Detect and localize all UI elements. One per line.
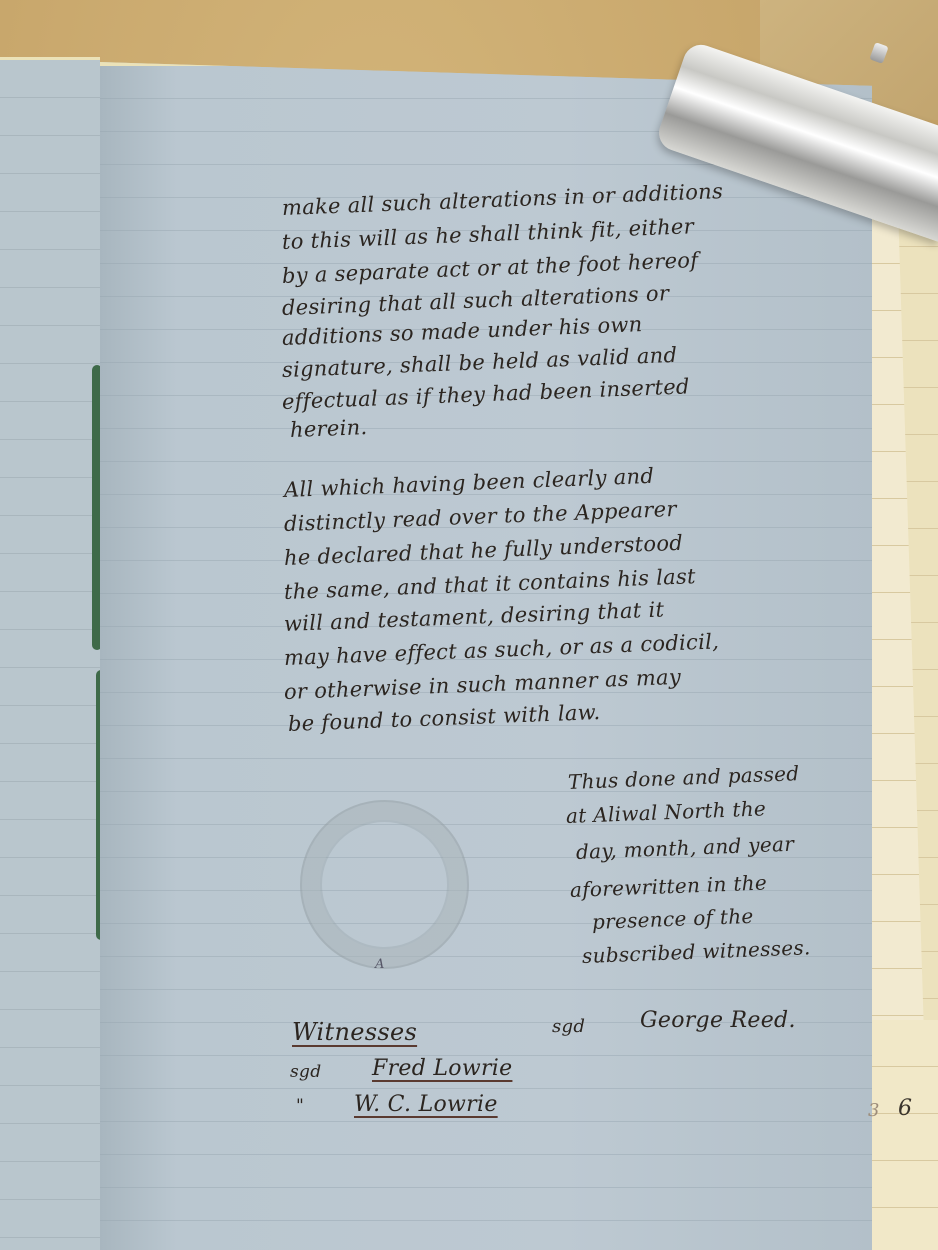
text-line: presence of the [592, 906, 754, 932]
margin-number: 3 [868, 1100, 879, 1121]
signature-name: George Reed. [640, 1010, 796, 1032]
witness-prefix: sgd [290, 1064, 321, 1081]
signature-prefix: sgd [552, 1018, 585, 1036]
left-page [0, 57, 100, 1250]
underlying-ledger-leaf [862, 1020, 938, 1250]
witnesses-heading: Witnesses [292, 1020, 417, 1044]
page-number: 6 [898, 1096, 912, 1121]
witness-prefix: " [296, 1098, 304, 1115]
witness-name: Fred Lowrie [372, 1058, 512, 1080]
seal-mark: A [375, 958, 385, 971]
text-line: herein. [290, 417, 368, 441]
witness-name: W. C. Lowrie [354, 1094, 498, 1116]
embossed-seal-icon [300, 800, 469, 969]
